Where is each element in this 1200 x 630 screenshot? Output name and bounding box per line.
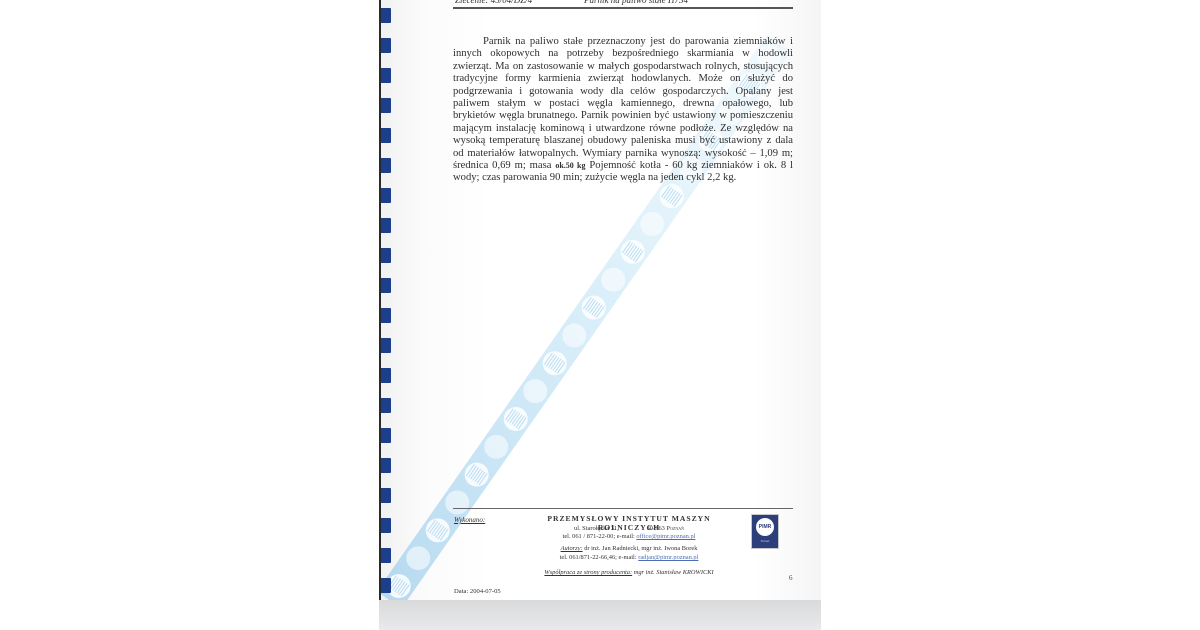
street: ul. Starołęcka 31,: [574, 525, 619, 532]
authors-line: Autorzy: dr inż. Jan Radniecki, mgr inż.…: [519, 545, 739, 552]
binding-tab: [381, 8, 391, 23]
document-date: Data: 2004-07-05: [454, 588, 501, 595]
cooperation-line: Współpraca ze strony producenta: mgr inż…: [499, 569, 759, 576]
description-paragraph: Parnik na paliwo stałe przeznaczony jest…: [453, 36, 793, 185]
authors-email-link[interactable]: radjan@pimr.poznan.pl: [638, 554, 698, 561]
pimr-logo-mark: PIMR: [756, 518, 774, 536]
page-bottom-shadow: [379, 600, 821, 630]
city: 60-963 Poznań: [647, 525, 684, 532]
header-rule: [453, 7, 793, 9]
order-number: Zlecenie: 45/04/DZ/4: [455, 0, 532, 5]
binding-tab: [381, 248, 391, 263]
binding-tab: [381, 128, 391, 143]
mass-value: ok.50 kg: [555, 161, 585, 170]
description-text: Parnik na paliwo stałe przeznaczony jest…: [453, 36, 793, 171]
authors-phone: tel. 061/871-22-66,46; e-mail:: [560, 554, 639, 561]
binding-tab: [381, 548, 391, 563]
binding-tab: [381, 218, 391, 233]
binding-tab: [381, 158, 391, 173]
binding-tab: [381, 488, 391, 503]
performed-by-label: Wykonano:: [454, 516, 485, 524]
binding-tab: [381, 278, 391, 293]
product-title: Parnik na paliwo stałe H734: [584, 0, 688, 5]
binding-tab: [381, 428, 391, 443]
binding-tab: [381, 338, 391, 353]
authors-label: Autorzy:: [561, 545, 583, 552]
binding-tab: [381, 368, 391, 383]
binding-tab: [381, 308, 391, 323]
pimr-logo: PIMR Poznań: [751, 514, 779, 549]
binding-tab: [381, 188, 391, 203]
binding-tab: [381, 98, 391, 113]
cooperation-label: Współpraca ze strony producenta:: [544, 569, 632, 576]
institute-email-link[interactable]: office@pimr.poznan.pl: [636, 533, 695, 540]
scanned-page: Zlecenie: 45/04/DZ/4 Parnik na paliwo st…: [379, 0, 821, 630]
binding-tab: [381, 68, 391, 83]
binding-tab: [381, 398, 391, 413]
cooperation-person: mgr inż. Stanisław KROWICKI: [632, 569, 714, 576]
institute-phone: tel. 061 / 871-22-00; e-mail:: [563, 533, 637, 540]
binding-tab: [381, 38, 391, 53]
binding-tab: [381, 458, 391, 473]
footer-rule: [453, 508, 793, 509]
institute-contact: tel. 061 / 871-22-00; e-mail: office@pim…: [519, 533, 739, 540]
authors-contact: tel. 061/871-22-66,46; e-mail: radjan@pi…: [519, 554, 739, 561]
institute-address: ul. Starołęcka 31,60-963 Poznań: [519, 525, 739, 532]
binding-tab: [381, 518, 391, 533]
binding-tab: [381, 578, 391, 593]
pimr-logo-subtext: Poznań: [755, 540, 775, 543]
authors: dr inż. Jan Radniecki, mgr inż. Iwona Bo…: [583, 545, 698, 552]
page-number: 6: [789, 574, 793, 582]
